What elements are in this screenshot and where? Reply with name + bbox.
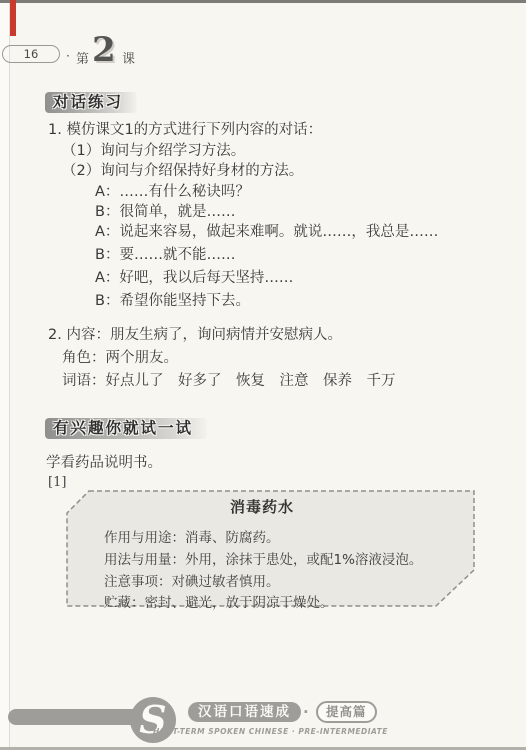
task1-sub2: （2）询问与介绍保持好身材的方法。 bbox=[48, 161, 322, 182]
try-section-intro: 学看药品说明书。 bbox=[46, 451, 162, 472]
logo-series-title-en: HORT-TERM SPOKEN CHINESE · PRE-INTERMEDI… bbox=[153, 727, 388, 736]
medicine-label-card: 消毒药水 作用与用途：消毒、防腐药。 用法与用量：外用，涂抹于患处，或配1%溶液… bbox=[66, 490, 476, 608]
medicine-usage-purpose: 作用与用途：消毒、防腐药。 bbox=[104, 526, 280, 546]
logo-circle: S bbox=[130, 697, 176, 743]
dialogue-line: B：希望你能坚持下去。 bbox=[48, 290, 438, 313]
top-edge-strip bbox=[0, 0, 526, 3]
medicine-dosage: 用法与用量：外用，涂抹于患处，或配1%溶液浸泡。 bbox=[104, 548, 422, 568]
page-edge-line bbox=[9, 3, 10, 750]
section-title-dialogue-practice: 对话练习 bbox=[45, 92, 137, 113]
task1-block: 1. 模仿课文1的方式进行下列内容的对话： （1）询问与介绍学习方法。 （2）询… bbox=[48, 120, 322, 223]
task1-dialogue-continued: A：说起来容易，做起来难啊。就说……，我总是…… B：要……就不能…… A：好吧… bbox=[48, 221, 438, 313]
page-number: 16 bbox=[24, 47, 39, 61]
separator-dot: · bbox=[66, 49, 70, 63]
dialogue-line: A：说起来容易，做起来难啊。就说……，我总是…… bbox=[48, 221, 438, 244]
book-page: 16 · 第 2 课 对话练习 1. 模仿课文1的方式进行下列内容的对话： （1… bbox=[0, 0, 526, 750]
lesson-suffix: 课 bbox=[122, 48, 135, 67]
medicine-storage: 贮藏：密封、避光，放于阴凉干燥处。 bbox=[104, 591, 334, 611]
dialogue-line: B：很简单，就是…… bbox=[48, 202, 322, 223]
left-margin bbox=[0, 3, 9, 750]
dialogue-line: A：好吧，我以后每天坚持…… bbox=[48, 267, 438, 290]
task2-heading: 2. 内容：朋友生病了，询问病情并安慰病人。 bbox=[48, 324, 396, 347]
logo-series-title-cn: 汉语口语速成 bbox=[188, 702, 301, 722]
task2-block: 2. 内容：朋友生病了，询问病情并安慰病人。 角色：两个朋友。 词语：好点儿了 … bbox=[48, 324, 396, 393]
logo-separator-dot: · bbox=[303, 703, 309, 721]
item-index: [1] bbox=[48, 475, 66, 490]
dialogue-line: B：要……就不能…… bbox=[48, 244, 438, 267]
medicine-precautions: 注意事项：对碘过敏者慎用。 bbox=[104, 570, 280, 590]
lesson-prefix: 第 bbox=[76, 48, 89, 67]
task2-words-line: 词语：好点儿了 好多了 恢复 注意 保养 千万 bbox=[48, 370, 396, 393]
lesson-number: 2 bbox=[92, 30, 116, 70]
task1-sub1: （1）询问与介绍学习方法。 bbox=[48, 141, 322, 162]
red-bookmark-tab bbox=[10, 0, 16, 36]
dialogue-line: A：……有什么秘诀吗？ bbox=[48, 182, 322, 203]
section-title-try-it: 有兴趣你就试一试 bbox=[45, 418, 207, 439]
logo-edition-badge: 提高篇 bbox=[316, 701, 377, 723]
page-number-capsule: 16 bbox=[2, 45, 60, 63]
medicine-name: 消毒药水 bbox=[66, 496, 458, 517]
task2-role-line: 角色：两个朋友。 bbox=[48, 347, 396, 370]
logo-bar bbox=[8, 709, 148, 725]
task1-heading: 1. 模仿课文1的方式进行下列内容的对话： bbox=[48, 120, 322, 141]
